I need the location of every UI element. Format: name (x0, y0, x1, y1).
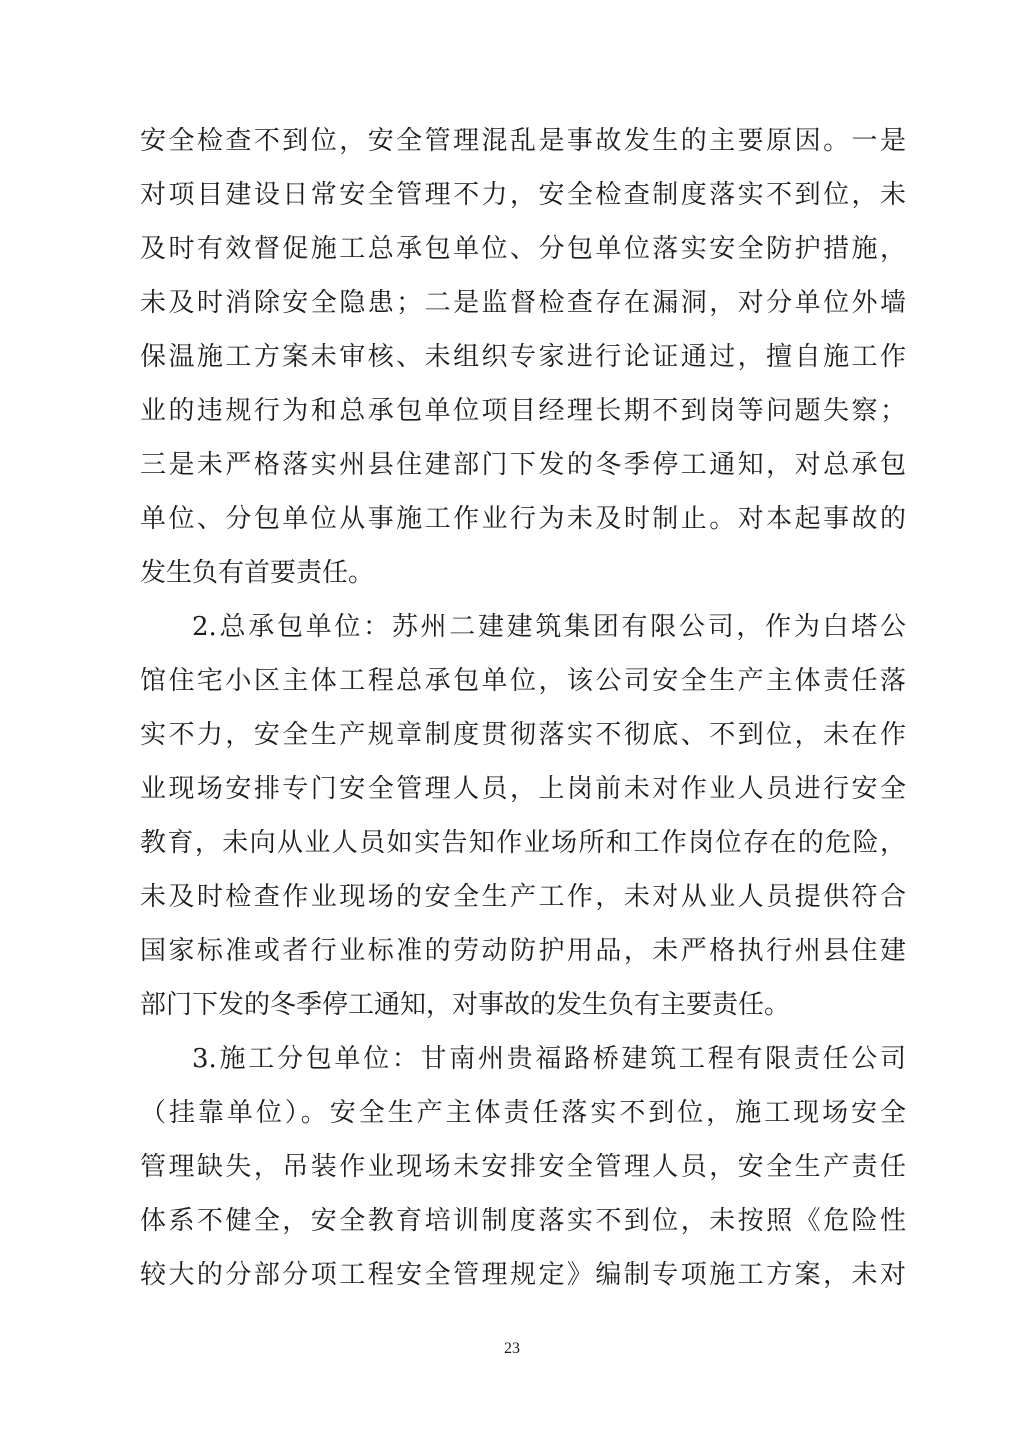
document-body: 安全检查不到位，安全管理混乱是事故发生的主要原因。一是对项目建设日常安全管理不力… (140, 114, 906, 1302)
text-line: 2.总承包单位：苏州二建建筑集团有限公司，作为白塔公 (140, 600, 906, 654)
document-page: 安全检查不到位，安全管理混乱是事故发生的主要原因。一是对项目建设日常安全管理不力… (0, 0, 1024, 1448)
text-line: 及时有效督促施工总承包单位、分包单位落实安全防护措施， (140, 222, 906, 276)
text-line: 单位、分包单位从事施工作业行为未及时制止。对本起事故的 (140, 492, 906, 546)
page-footer: 23 (0, 1338, 1024, 1358)
text-line: 安全检查不到位，安全管理混乱是事故发生的主要原因。一是 (140, 114, 906, 168)
text-line: 三是未严格落实州县住建部门下发的冬季停工通知，对总承包 (140, 438, 906, 492)
text-line: 未及时检查作业现场的安全生产工作，未对从业人员提供符合 (140, 870, 906, 924)
text-line: 馆住宅小区主体工程总承包单位，该公司安全生产主体责任落 (140, 654, 906, 708)
text-line: 3.施工分包单位：甘南州贵福路桥建筑工程有限责任公司 (140, 1032, 906, 1086)
text-line: 体系不健全，安全教育培训制度落实不到位，未按照《危险性 (140, 1194, 906, 1248)
text-line: 实不力，安全生产规章制度贯彻落实不彻底、不到位，未在作 (140, 708, 906, 762)
text-line: 国家标准或者行业标准的劳动防护用品，未严格执行州县住建 (140, 924, 906, 978)
text-line: （挂靠单位）。安全生产主体责任落实不到位，施工现场安全 (140, 1086, 906, 1140)
text-line: 保温施工方案未审核、未组织专家进行论证通过，擅自施工作 (140, 330, 906, 384)
text-line: 发生负有首要责任。 (140, 546, 906, 600)
text-line: 较大的分部分项工程安全管理规定》编制专项施工方案，未对 (140, 1248, 906, 1302)
text-line: 部门下发的冬季停工通知，对事故的发生负有主要责任。 (140, 978, 906, 1032)
text-line: 管理缺失，吊装作业现场未安排安全管理人员，安全生产责任 (140, 1140, 906, 1194)
text-line: 未及时消除安全隐患；二是监督检查存在漏洞，对分单位外墙 (140, 276, 906, 330)
page-number: 23 (504, 1340, 520, 1357)
text-line: 业的违规行为和总承包单位项目经理长期不到岗等问题失察； (140, 384, 906, 438)
text-line: 业现场安排专门安全管理人员，上岗前未对作业人员进行安全 (140, 762, 906, 816)
text-line: 教育，未向从业人员如实告知作业场所和工作岗位存在的危险， (140, 816, 906, 870)
text-line: 对项目建设日常安全管理不力，安全检查制度落实不到位，未 (140, 168, 906, 222)
